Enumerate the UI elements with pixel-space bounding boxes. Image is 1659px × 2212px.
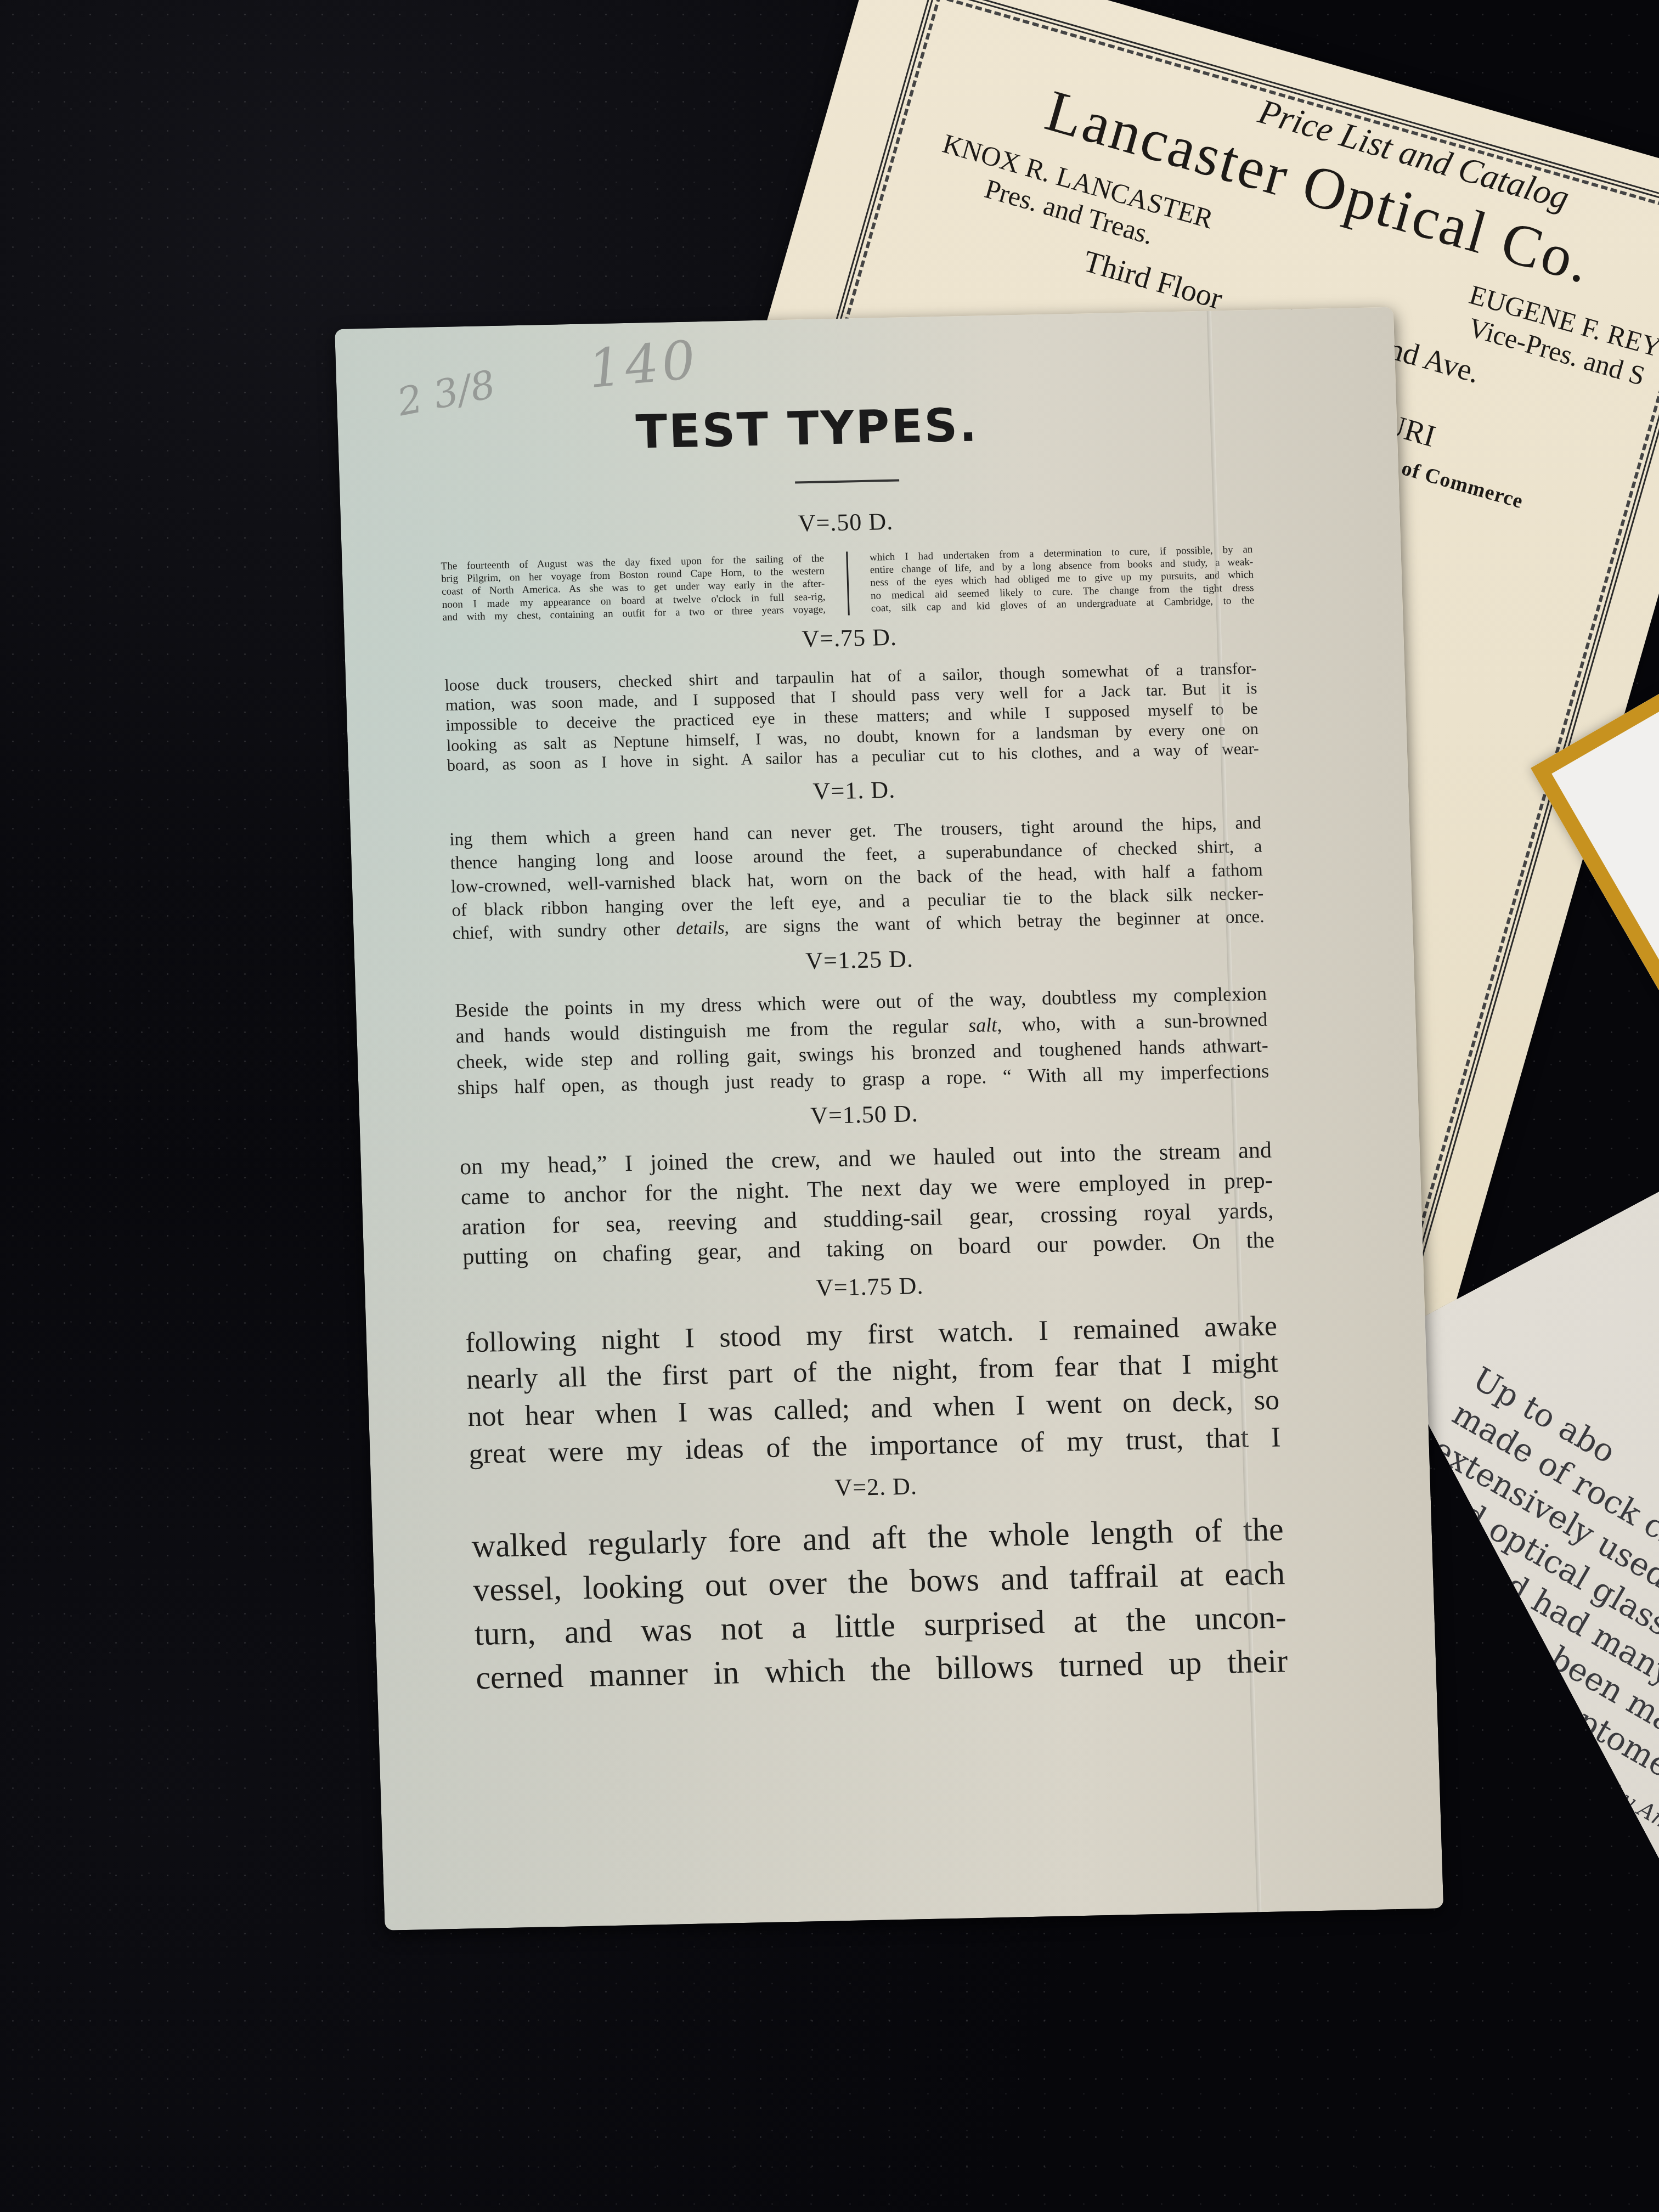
acuity-heading: V=1.50 D. [458,1092,1271,1137]
test-paragraph: walked regularly fore and aft the whole … [471,1508,1289,1700]
test-types-card: 2 3/8 140 TEST TYPES. V=.50 D.The fourte… [335,307,1443,1931]
pencil-note-number: 140 [585,329,702,400]
test-section: V=2. D.walked regularly fore and aft the… [470,1465,1288,1700]
text-column: The fourteenth of August was the day fix… [441,552,826,623]
acuity-heading: V=1.75 D. [464,1264,1276,1309]
test-paragraph: loose duck trousers, checked shirt and t… [444,659,1259,776]
test-paragraph: ing them which a green hand can never ge… [449,811,1265,946]
acuity-heading: V=1. D. [448,768,1260,813]
text-column: which I had undertaken from a determinat… [870,543,1255,614]
acuity-heading: V=2. D. [470,1465,1282,1510]
test-section: V=1.25 D.Beside the points in my dress w… [453,938,1269,1101]
column-divider [846,552,850,616]
test-section: V=.50 D.The fourteenth of August was the… [439,500,1255,624]
test-paragraph: on my head,” I joined the crew, and we h… [459,1136,1275,1272]
acuity-heading: V=1.25 D. [453,938,1266,983]
test-section: V=1. D.ing them which a green hand can n… [448,768,1265,946]
test-section: V=1.75 D.following night I stood my firs… [464,1264,1282,1472]
test-section: V=.75 D.loose duck trousers, checked shi… [443,616,1259,776]
acuity-heading: V=.50 D. [439,500,1252,545]
test-paragraph: Beside the points in my dress which were… [454,981,1269,1101]
test-section: V=1.50 D.on my head,” I joined the crew,… [458,1092,1275,1272]
acuity-heading: V=.75 D. [443,616,1255,661]
test-type-sections: V=.50 D.The fourteenth of August was the… [439,491,1288,1700]
test-paragraph: following night I stood my first watch. … [465,1307,1281,1472]
title-rule [795,479,899,484]
